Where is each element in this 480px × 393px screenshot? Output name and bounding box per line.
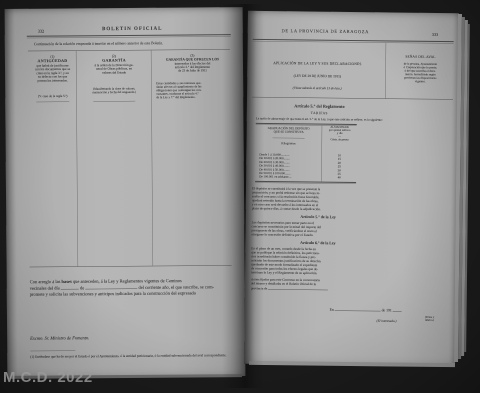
tariff-value: 40 [323,176,355,180]
date-prefix: En [330,307,334,312]
line2-b: de [80,285,84,290]
col2-underline [93,101,135,102]
tariff-range: De 100.001 en adelante.... [259,175,320,179]
tariff-unit-label: Kilogramos [257,142,319,146]
aplicacion-line2: (LEY DE 29 DE JUNIO DE 1911) [253,74,381,79]
tariff-bottom-rule-thin [255,182,356,184]
col1-line: posean los interesados. [31,79,74,83]
table-top-rule [28,49,230,51]
line1-bold-word: bases [61,279,71,284]
closing-line-3: provincia de [251,286,387,293]
col3-para-line: de la Ley y 7.° del Reglamento. [156,95,229,99]
paragraph-line-3: promete y solicita las subvenciones y an… [30,290,232,298]
table-col3-header: (3) GARANTÍA QUE OFRECEN LOS interesados… [156,53,229,73]
ley5-heading: Artículo 5.° de la Ley [251,214,386,220]
reglamento-subheading: TARIFAS [252,111,387,116]
date-line: En de 191 [330,307,402,313]
senas-line: vigentes. [388,80,452,84]
col2-lines: á la orden de la Dirección ge-neral de O… [82,63,146,75]
signature-note-line: rúbrica.) [413,319,445,322]
col2-note: (Manifestando la clase de valores,numera… [82,87,146,95]
tariff-left-header-rule [273,138,305,139]
blank-year [393,307,402,311]
col3-paragraph: Estas cantidades y sus intereses que-dar… [156,81,229,99]
tariff-left-header: GRADUACIÓN DEL DEPÓSITOQUE SE CONSTITUYA [258,127,320,135]
tariff-values: 10152025303540 [323,154,355,180]
line2-a: vecinales del día [30,285,60,290]
col1-lines: que habrá de justificarsecon los documen… [31,64,74,83]
col2-line: valores del Estado [82,71,146,75]
right-page: DE LA PROVINCIA DE ZARAGOZA 333 APLICACI… [244,11,459,366]
line2-c: del corriente año, el que suscribe, se c… [138,284,214,290]
ley5-line: otorgarse la concesión definitiva por el… [251,233,387,239]
col1-underline [36,101,69,102]
compromise-paragraph: Con arreglo á las bases que anteceden, á… [30,277,232,297]
table-col1-header: (1) ANTIGÜEDAD que habrá de justificarse… [31,54,74,82]
tariff-intro: La tarifa de almacenaje de que trata el … [250,117,389,122]
salutation: Excmo. Sr. Ministro de Fomento. [30,335,89,340]
deposit-paragraph-line: plazo de quince días, á contar desde la … [252,207,388,213]
aplicacion-line3: (Véase además el artículo 13 de ésta.) [253,86,381,91]
archive-watermark: M.C.D. 2022 [3,369,93,386]
deposit-paragraph: El depósito se constituirá á la vez que … [252,187,388,213]
blank-place [335,307,381,312]
closing-line3-text: provincia de [251,287,267,291]
right-page-number: 333 [432,32,438,37]
reglamento-heading: Artículo 5.° del Reglamento [252,103,387,110]
line1-pre: Con arreglo á las [30,279,62,284]
table-col2-header: (2) GARANTÍA á la orden de la Dirección … [82,54,146,75]
col1-note: (V. caso de la regla 5.ª) [31,94,74,98]
left-page-number: 332 [38,29,44,34]
continuation-note: Continuación de la relación empezada á i… [34,40,234,46]
left-page: 332 BOLETIN OFICIAL Continuación de la r… [5,7,246,378]
tariff-right-header-line: Cénts. de peseta [324,138,356,141]
left-page-content: 332 BOLETIN OFICIAL Continuación de la r… [5,7,246,378]
line1-post: que anteceden, á la Ley y Reglamentos vi… [72,278,182,284]
date-suffix: de 191 [382,308,392,313]
ley6-line: terminan la Ley y el Reglamento de su ap… [251,271,387,277]
tariff-left-header-line: QUE SE CONSTITUYA [258,130,320,134]
tariff-divider [321,125,322,182]
interested-party-signature: (El interesado.) [361,319,411,323]
footnote-rule [30,350,75,351]
col3-line: de 23 de Julio de 1911 [156,69,229,73]
tariff-right-header: ALMACENAJEpor quintal métricoy día—Cénts… [324,126,356,142]
tariff-ranges: Desde 1 á 10.000...........De 10.001 á 2… [259,153,320,180]
blank-month [85,284,137,289]
ley5-paragraph: Los depósitos necesarios para tomar part… [251,221,387,239]
col3-lines: interesados á los efectos delartículo 2.… [156,62,229,73]
header-table-bottom-rule [252,97,453,100]
footnote: (1) Entiéndase que ha de ser por el Esta… [30,354,231,359]
scanned-gazette-photo: 332 BOLETIN OFICIAL Continuación de la r… [0,0,480,393]
table-divider-2 [151,50,153,266]
ley6-heading: Artículo 6.° de la Ley [250,240,385,246]
col2-title: GARANTÍA [82,58,146,63]
blank-day [61,285,79,290]
aplicacion-line1: APLICACIÓN DE LA LEY Y SUS DECLARACIONES [253,61,381,66]
blank-province [268,286,328,290]
col1-title: ANTIGÜEDAD [31,58,74,63]
table-divider-1 [76,50,78,266]
header-table-divider [385,42,386,98]
col2-note-line: numeración y fecha del resguardo.) [82,90,146,94]
left-running-title: BOLETIN OFICIAL [80,26,185,32]
signature-note: (Firma yrúbrica.) [413,316,445,322]
senas-lines: de la persona, Ayuntamientoó Corporación… [388,62,452,83]
right-page-content: DE LA PROVINCIA DE ZARAGOZA 333 APLICACI… [244,11,459,366]
senas-title: SEÑAS DEL AVAL [388,54,452,59]
ley6-paragraph: En el plazo de un mes, contado desde la … [251,247,387,277]
right-running-title: DE LA PROVINCIA DE ZARAGOZA [263,28,388,34]
closing-paragraph: ciones fijadas para este Concurso en la … [251,278,387,293]
table-bottom-rule [30,265,232,267]
